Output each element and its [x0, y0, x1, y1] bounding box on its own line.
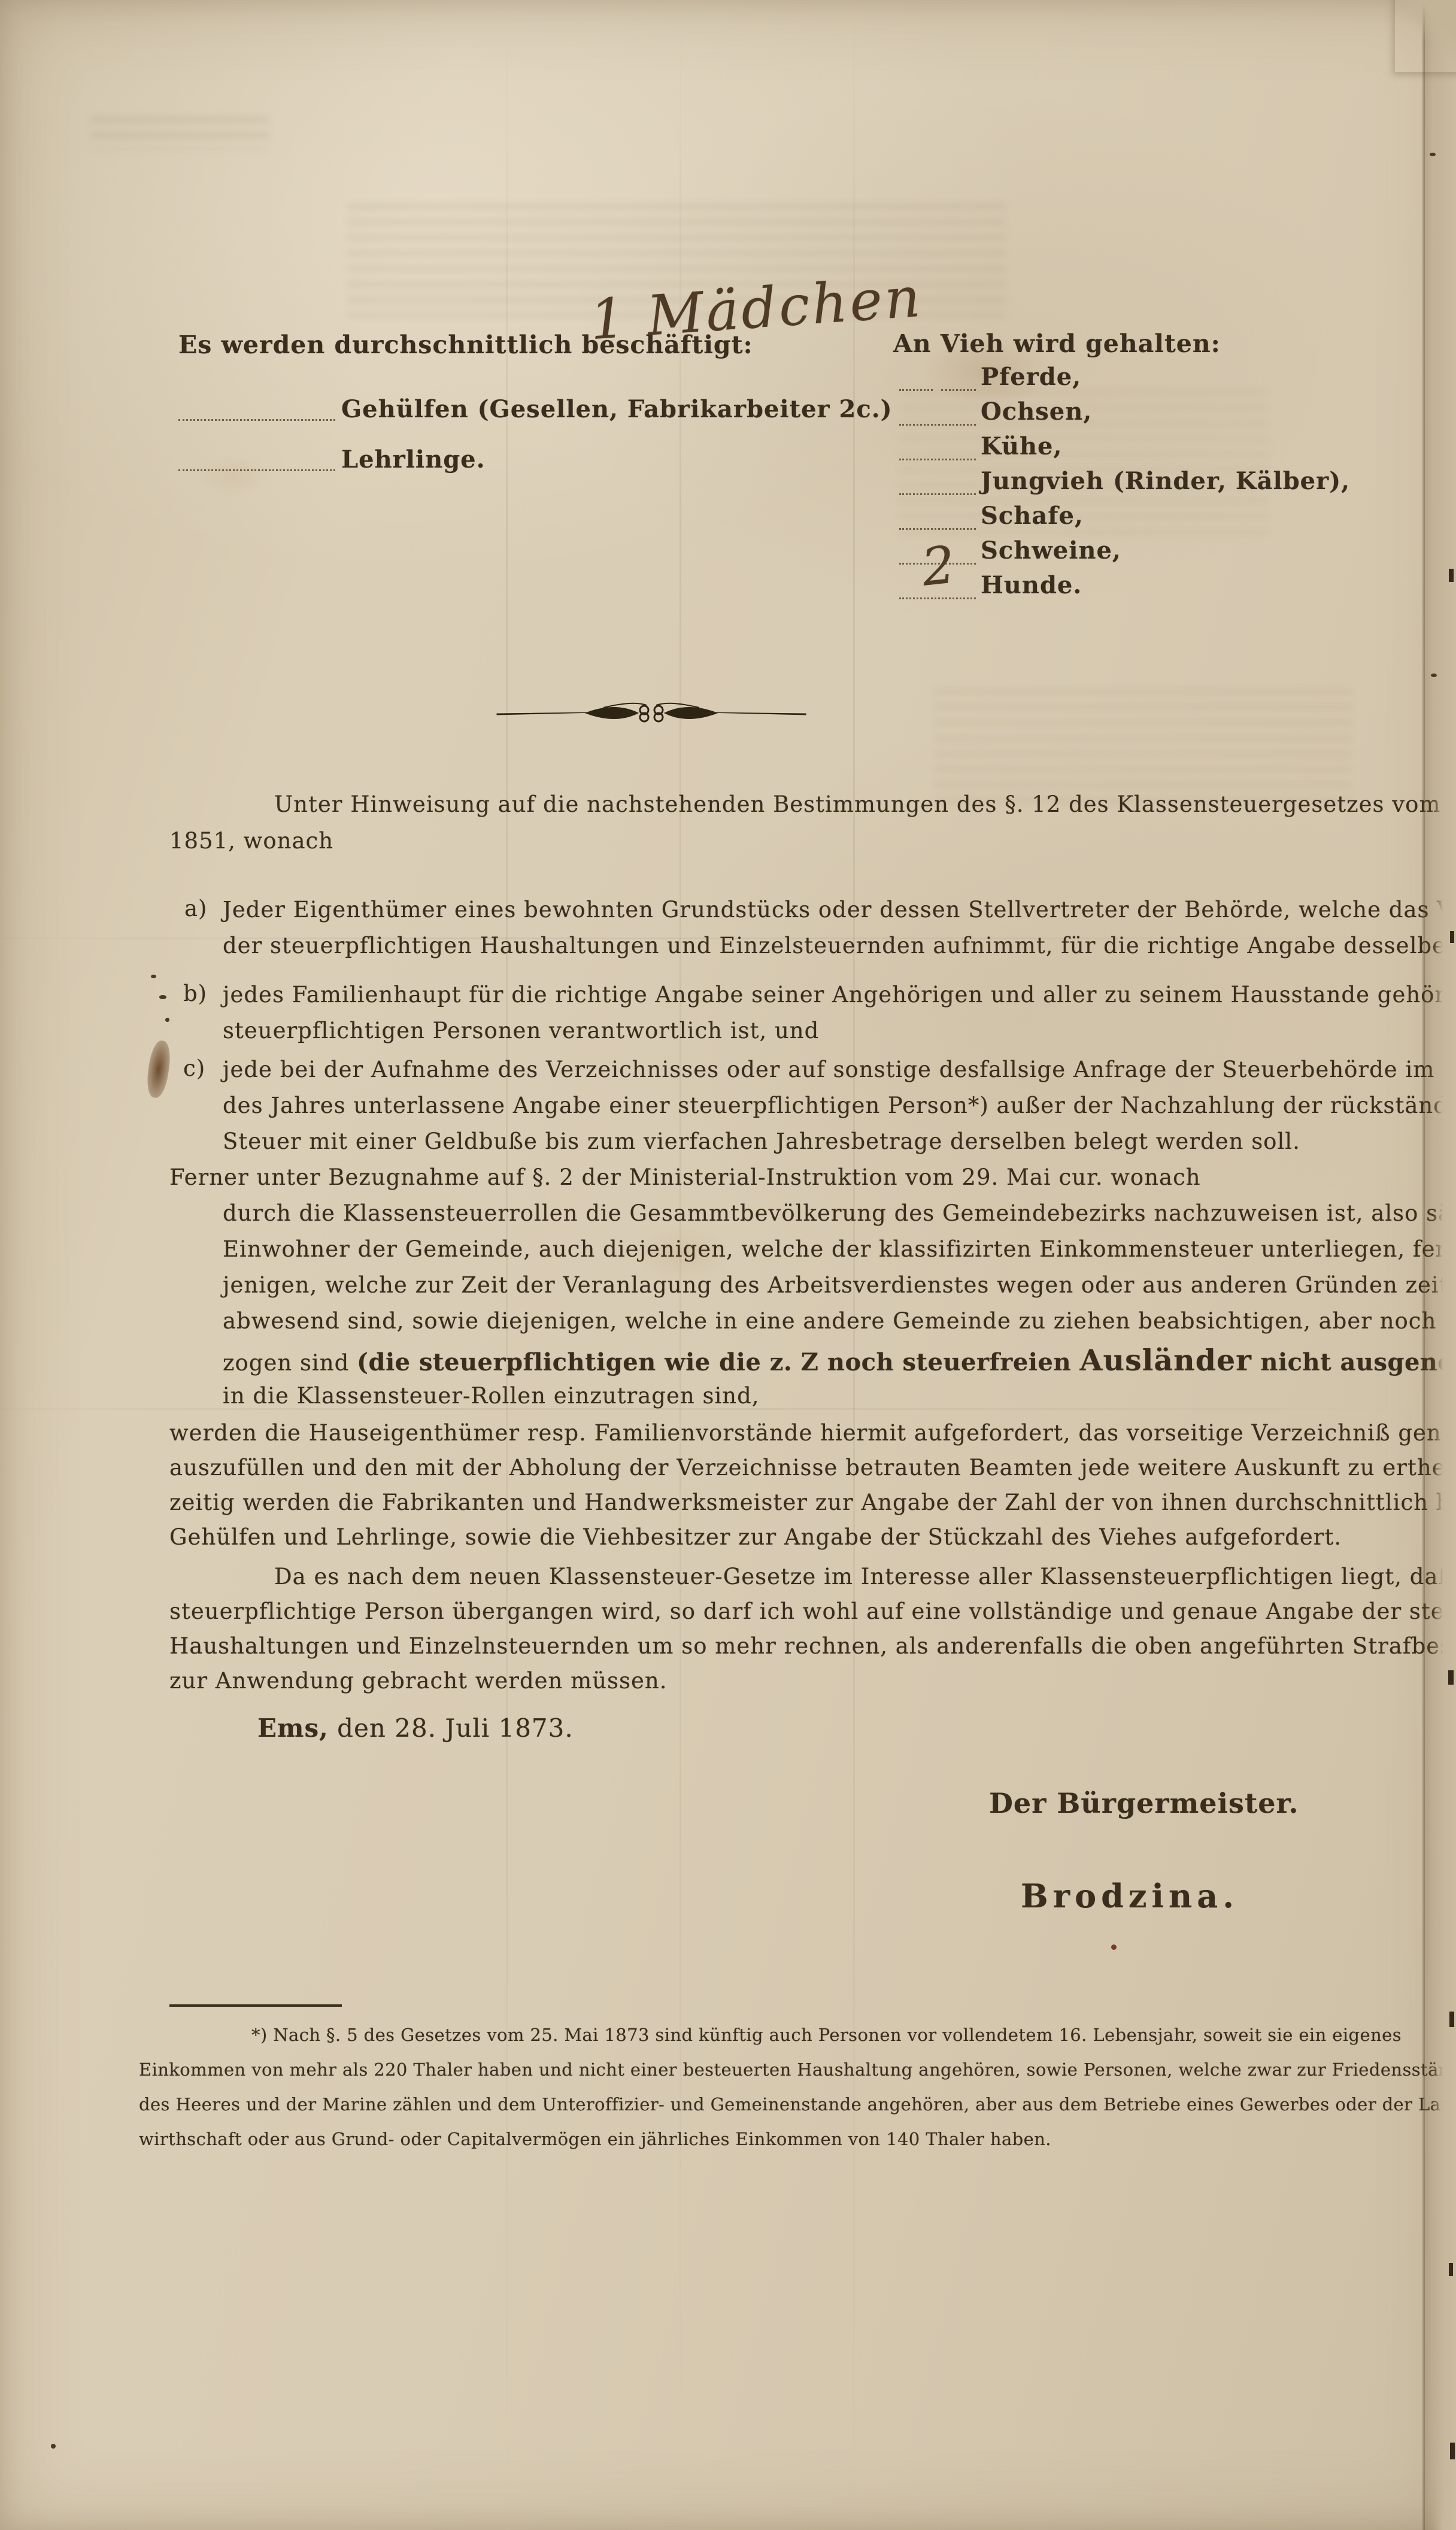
bold-line-prefix: zogen sind	[223, 1350, 357, 1376]
paragraph-3-line: zur Anwendung gebracht werden müssen.	[169, 1668, 668, 1694]
indented-block-bold-line: zogen sind (die steuerpflichtigen wie di…	[223, 1343, 1456, 1378]
ink-speck	[1111, 1944, 1117, 1950]
livestock-row-label: Kühe,	[981, 432, 1062, 460]
intro-line: Unter Hinweisung auf die nachstehenden B…	[274, 791, 1456, 817]
livestock-row-label: Schweine,	[981, 536, 1121, 565]
item-a-marker: a)	[184, 896, 208, 921]
indented-block-line: durch die Klassensteuerrollen die Gesamm…	[223, 1200, 1456, 1226]
livestock-row-label: Pferde,	[981, 363, 1081, 391]
livestock-row-label: Jungvieh (Rinder, Kälber),	[981, 467, 1350, 495]
item-b-line: steuerpflichtigen Personen verantwortlic…	[223, 1018, 819, 1043]
footnote-line: *) Nach §. 5 des Gesetzes vom 25. Mai 18…	[251, 2025, 1402, 2045]
paragraph-2-line: Gehülfen und Lehrlinge, sowie die Viehbe…	[169, 1524, 1342, 1550]
bold-line-large-word: Ausländer	[1079, 1343, 1251, 1378]
employment-row-label: Gehülfen (Gesellen, Fabrikarbeiter 2c.)	[341, 395, 893, 423]
paragraph-3-line: steuerpflichtige Person übergangen wird,…	[169, 1598, 1456, 1624]
paragraph-3-line: Haushaltungen und Einzelnsteuernden um s…	[169, 1633, 1456, 1659]
footnote-line: Einkommen von mehr als 220 Thaler haben …	[139, 2059, 1456, 2080]
paragraph-2-line: werden die Hauseigenthümer resp. Familie…	[169, 1420, 1456, 1446]
livestock-heading: An Vieh wird gehalten:	[893, 329, 1221, 358]
footnote-rule	[169, 2004, 342, 2007]
item-a-line: Jeder Eigenthümer eines bewohnten Grunds…	[223, 897, 1456, 923]
item-c-line: des Jahres unterlassene Angabe einer ste…	[223, 1093, 1456, 1118]
dateline: Ems, den 28. Juli 1873.	[257, 1713, 574, 1743]
paragraph-3-line: Da es nach dem neuen Klassensteuer-Geset…	[274, 1564, 1456, 1589]
ink-speck	[165, 1018, 169, 1022]
dateline-rest: den 28. Juli 1873.	[329, 1713, 574, 1743]
vertical-crease	[853, 0, 855, 2530]
item-b-line: jedes Familienhaupt für die richtige Ang…	[223, 982, 1456, 1008]
divider-ornament	[496, 699, 807, 729]
bold-line-start: (die steuerpflichtigen wie die z. Z noch…	[357, 1348, 1079, 1376]
livestock-blank-field	[899, 424, 976, 426]
livestock-handwritten-entry: 2	[919, 535, 960, 598]
indented-block-line: Einwohner der Gemeinde, auch diejenigen,…	[223, 1236, 1456, 1262]
livestock-blank-field	[899, 459, 976, 460]
dateline-place: Ems,	[257, 1713, 329, 1743]
indented-block-line: in die Klassensteuer-Rollen einzutragen …	[223, 1383, 760, 1409]
paper-speck	[51, 2444, 56, 2449]
vertical-crease	[680, 0, 681, 2530]
paper-stain	[198, 455, 269, 497]
item-c-line: Steuer mit einer Geldbuße bis zum vierfa…	[223, 1129, 1300, 1154]
employment-handwritten-entry: 1 Mädchen	[588, 265, 924, 353]
ink-blot	[144, 1039, 172, 1099]
faint-handwriting-ghost	[90, 117, 269, 150]
livestock-blank-field	[899, 493, 976, 495]
livestock-blank-field	[899, 528, 976, 530]
livestock-blank-field	[899, 389, 933, 391]
paragraph-2-line: zeitig werden die Fabrikanten und Handwe…	[169, 1490, 1456, 1515]
employment-row-label: Lehrlinge.	[341, 445, 486, 474]
livestock-blank-field	[941, 389, 976, 391]
intro-line: 1851, wonach	[169, 828, 333, 854]
footnote-line: des Heeres und der Marine zählen und dem…	[139, 2094, 1456, 2115]
footnote-line: wirthschaft oder aus Grund- oder Capital…	[139, 2129, 1051, 2149]
indented-block-line: abwesend sind, sowie diejenigen, welche …	[223, 1308, 1456, 1334]
item-c-line: jede bei der Aufnahme des Verzeichnisses…	[223, 1057, 1456, 1082]
ink-speck	[159, 995, 166, 999]
paragraph-2-line: auszufüllen und den mit der Abholung der…	[169, 1455, 1456, 1481]
livestock-row-label: Ochsen,	[981, 398, 1092, 426]
corner-fold	[1395, 0, 1456, 72]
livestock-row-label: Schafe,	[981, 502, 1084, 530]
employment-blank-field	[178, 419, 335, 421]
signature-name: Brodzina.	[1021, 1877, 1239, 1915]
employment-blank-field	[178, 469, 335, 471]
ink-speck	[151, 975, 156, 978]
indented-block-line: jenigen, welche zur Zeit der Veranlagung…	[223, 1272, 1456, 1298]
signature-title: Der Bürgermeister.	[989, 1787, 1299, 1819]
page-edge	[1424, 0, 1456, 2530]
vertical-crease	[506, 0, 508, 2530]
item-a-line: der steuerpflichtigen Haushaltungen und …	[223, 933, 1456, 958]
item-c-marker: c)	[183, 1055, 205, 1081]
scanned-document-page: Es werden durchschnittlich beschäftigt: …	[0, 0, 1456, 2530]
livestock-row-label: Hunde.	[981, 571, 1082, 599]
ferner-line: Ferner unter Bezugnahme auf §. 2 der Min…	[169, 1164, 1201, 1190]
bleed-through-ghost	[934, 688, 1353, 808]
item-b-marker: b)	[183, 981, 207, 1006]
livestock-blank-field	[899, 597, 976, 599]
